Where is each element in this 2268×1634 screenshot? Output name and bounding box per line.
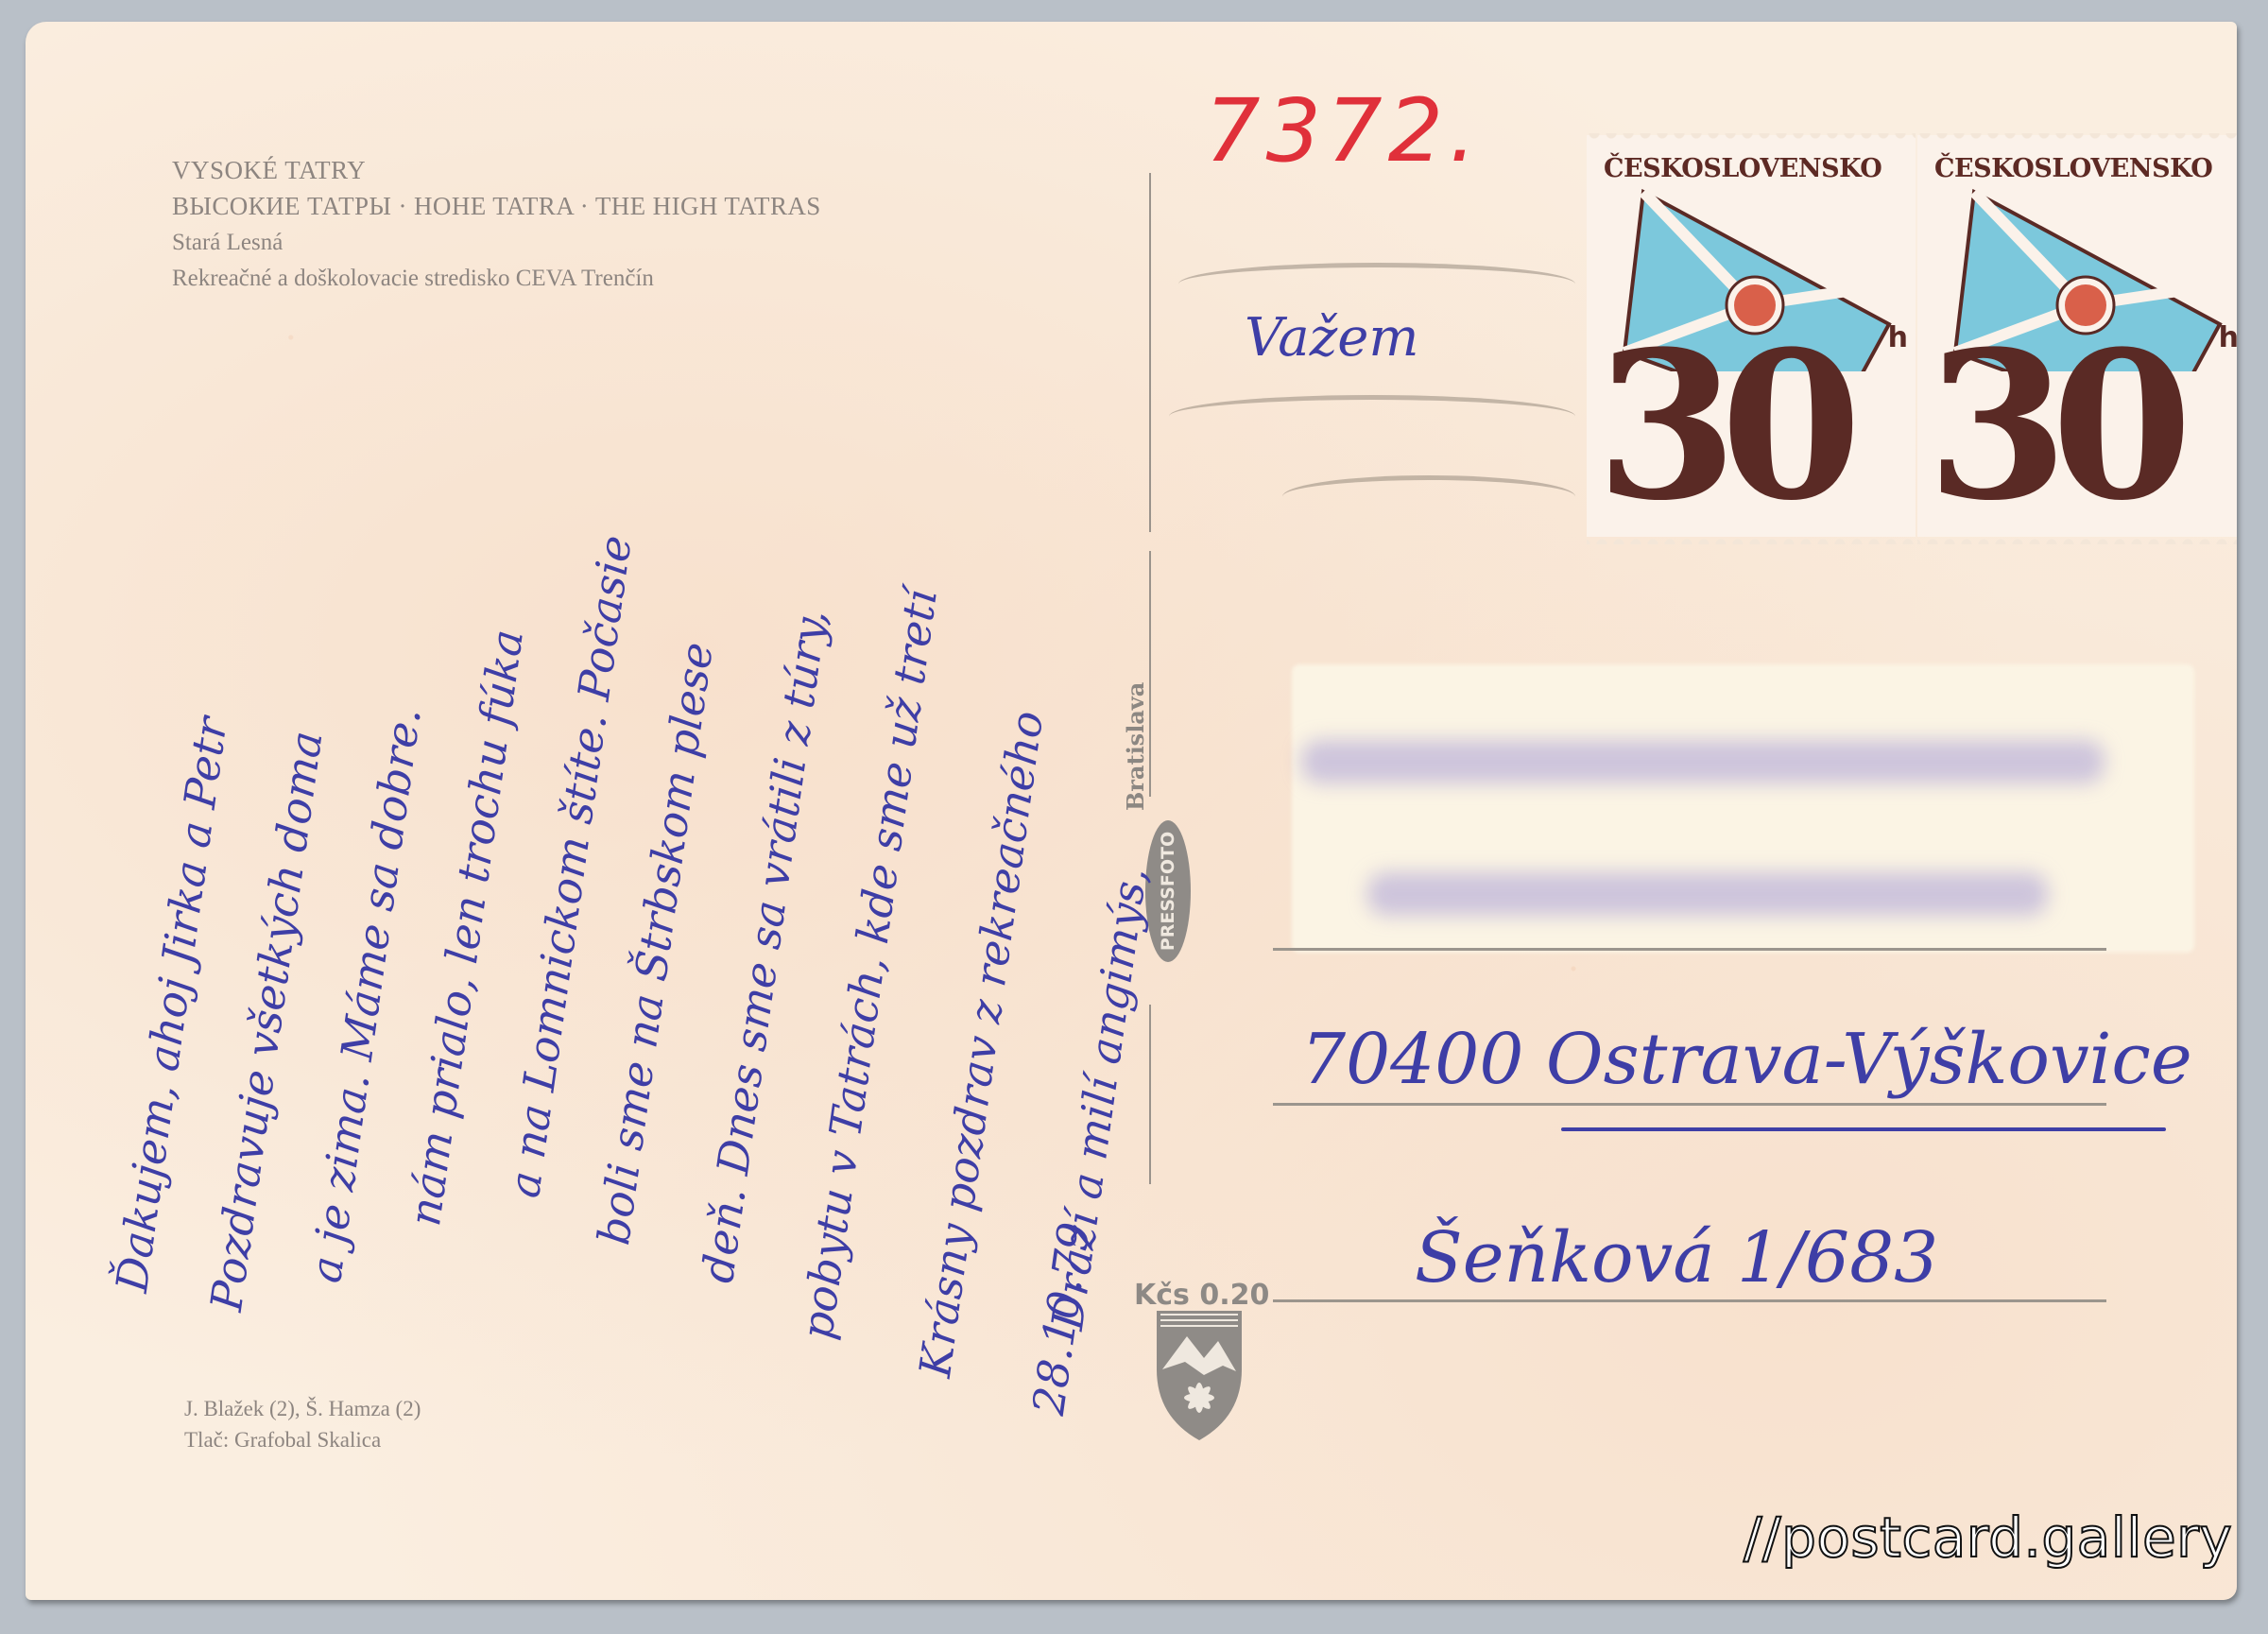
postmark-wave (1169, 395, 1575, 438)
photo-credit: J. Blažek (2), Š. Hamza (2) (184, 1397, 421, 1421)
print-credit: Tlač: Grafobal Skalica (184, 1428, 381, 1453)
pressfoto-logo-text: PRESSFOTO (1158, 832, 1178, 951)
address-rule (1273, 1103, 2106, 1106)
caption-description: Rekreačné a doškolovacie stredisko CEVA … (172, 266, 654, 292)
caption-multilingual: ВЫСОКИЕ ТАТРЫ · HOHE TATRA · THE HIGH TA… (172, 192, 821, 221)
address-street: Šeňková 1/683 (1415, 1217, 1938, 1299)
postmark-wave (1178, 263, 1575, 305)
stamp-value: 30 (1596, 324, 1845, 527)
caption-title: VYSOKÉ TATRY (172, 156, 366, 185)
message-line: Krásny pozdrav z rekreačného (909, 708, 1053, 1381)
stamp-unit: h (2219, 321, 2237, 354)
postage-stamp: ČESKOSLOVENSKO 30 h (1587, 135, 1916, 537)
divider-line (1149, 551, 1151, 797)
watermark: //postcard.gallery (1744, 1505, 2232, 1570)
stamp-unit: h (1888, 321, 1908, 354)
address-city: 70400 Ostrava-Výškovice (1301, 1019, 2192, 1100)
mountain-edelweiss-icon (1128, 1303, 1270, 1454)
stamp-country: ČESKOSLOVENSKO (1604, 154, 1881, 183)
address-rule (1273, 1299, 2106, 1302)
tourism-tax-stamp: Kčs 0.20 (1117, 1279, 1278, 1458)
publisher-city: Bratislava (1122, 682, 1149, 811)
address-rule (1273, 948, 2106, 951)
reference-number: 7372. (1205, 80, 1482, 181)
caption-place: Stará Lesná (172, 230, 283, 256)
address-underline (1561, 1127, 2166, 1131)
divider-line (1149, 173, 1151, 532)
postage-stamp: ČESKOSLOVENSKO 30 h (1917, 135, 2237, 537)
postcard-back: VYSOKÉ TATRY ВЫСОКИЕ ТАТРЫ · HOHE TATRA … (26, 22, 2237, 1600)
redacted-line (1301, 740, 2105, 783)
greeting: Važem (1245, 307, 1418, 369)
postmark-wave (1282, 475, 1575, 518)
divider-line (1149, 1005, 1151, 1184)
stamp-value: 30 (1927, 324, 2175, 527)
redacted-line (1367, 872, 2048, 916)
stamp-country: ČESKOSLOVENSKO (1934, 154, 2212, 183)
